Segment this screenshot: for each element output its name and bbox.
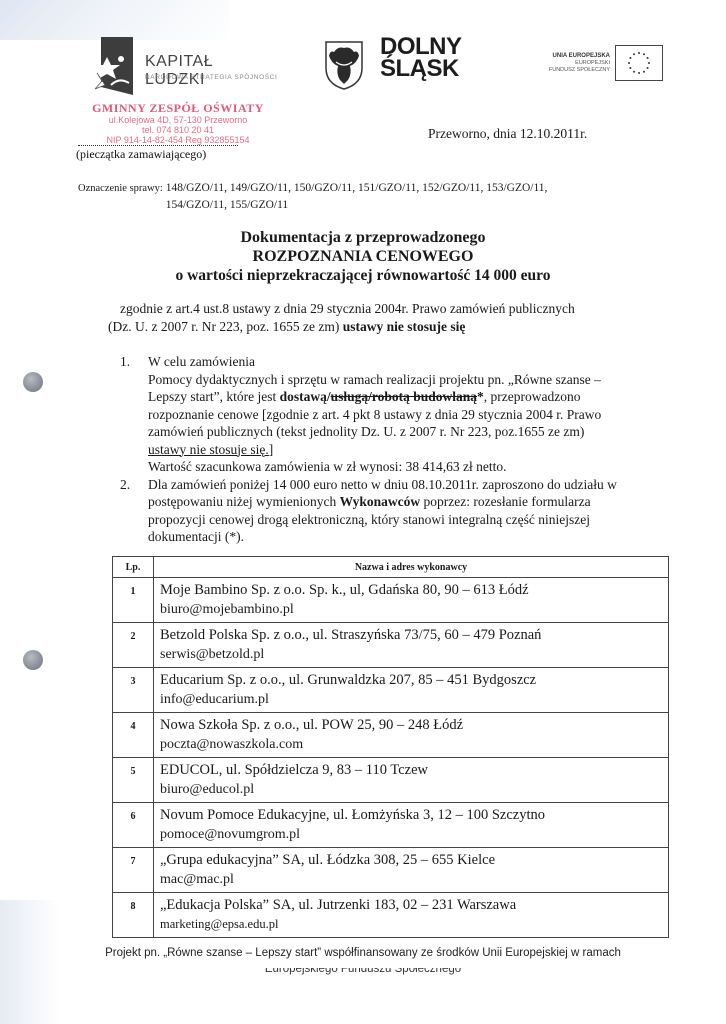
contractor-cell: „Edukacja Polska” SA, ul. Jutrzenki 183,… [154,893,669,938]
logo-unia-europejska: UNIA EUROPEJSKA EUROPEJSKI FUNDUSZ SPOŁE… [525,43,665,83]
contractors-table: Lp. Nazwa i adres wykonawcy 1 Moje Bambi… [112,556,669,938]
case-codes-line2: 154/GZO/11, 155/GZO/11 [166,199,288,211]
kapital-ludzki-star-icon [93,37,133,95]
point-2-contractors: Wykonawców [340,494,421,509]
footer-funding-note: Projekt pn. „Równe szanse – Lepszy start… [0,947,726,959]
point-2-line-c: propozycji cenowej drogą elektroniczną, … [148,511,680,529]
contractor-cell: Betzold Polska Sp. z o.o., ul. Straszyńs… [154,623,669,668]
contractor-cell: Novum Pomoce Edukacyjne, ul. Łomżyńska 3… [154,803,669,848]
contractor-email: biuro@mojebambino.pl [160,600,668,619]
row-number: 7 [113,848,154,893]
point-2: 2. Dla zamówień poniżej 14 000 euro nett… [120,476,680,546]
contractor-email: biuro@educol.pl [160,780,668,799]
point-1-line-d: zamówień publicznych (tekst jednolity Dz… [148,423,680,441]
row-number: 3 [113,668,154,713]
row-number: 5 [113,758,154,803]
document-title: Dokumentacja z przeprowadzonego ROZPOZNA… [0,228,726,285]
title-line3: o wartości nieprzekraczającej równowarto… [0,266,726,285]
point-1-type-struck: usługą/robotą budowlaną [331,389,477,404]
contractor-email: poczta@nowaszkola.com [160,735,668,754]
column-header-lp: Lp. [113,557,154,578]
contractor-name-address: Educarium Sp. z o.o., ul. Grunwaldzka 20… [160,671,668,690]
place-date: Przeworno, dnia 12.10.2011r. [428,126,587,142]
kapital-ludzki-subtitle: NARODOWA STRATEGIA SPÓJNOŚCI [145,74,277,81]
case-reference-codes: 148/GZO/11, 149/GZO/11, 150/GZO/11, 151/… [166,180,666,214]
contractor-email: mac@mac.pl [160,870,668,889]
institution-stamp: GMINNY ZESPÓŁ OŚWIATY ul.Kolejowa 4D, 57… [78,102,278,145]
row-number: 8 [113,893,154,938]
table-row: 8 „Edukacja Polska” SA, ul. Jutrzenki 18… [113,893,669,938]
estimated-value: Wartość szacunkowa zamówienia w zł wynos… [148,458,680,476]
table-row: 1 Moje Bambino Sp. z o.o. Sp. k., ul, Gd… [113,578,669,623]
point-1-line-a: Pomocy dydaktycznych i sprzętu w ramach … [148,371,680,389]
point-1-text: Lepszy start”, które jest [148,389,280,404]
point-1-text: , przeprowadzono [484,389,581,404]
ue-line1: UNIA EUROPEJSKA [549,53,610,60]
kapital-ludzki-title: KAPITAŁ LUDZKI [145,53,273,89]
footer-funding-note-cut: Europejskiego Funduszu Społecznego [0,968,726,976]
legal-basis-exemption: ustawy nie stosuje się [343,319,466,334]
row-number: 1 [113,578,154,623]
stamp-caption: (pieczątka zamawiającego) [76,147,206,162]
legal-basis: zgodnie z art.4 ust.8 ustawy z dnia 29 s… [120,300,700,336]
point-1: 1. W celu zamówienia Pomocy dydaktycznyc… [120,353,680,476]
logo-kapital-ludzki: KAPITAŁ LUDZKI NARODOWA STRATEGIA SPÓJNO… [93,37,273,97]
contractor-cell: Nowa Szkoła Sp. z o.o., ul. POW 25, 90 –… [154,713,669,758]
scan-artifact-edge [0,900,60,1024]
column-header-contractor: Nazwa i adres wykonawcy [154,557,669,578]
case-reference: Oznaczenie sprawy: 148/GZO/11, 149/GZO/1… [78,180,678,214]
point-2-text: postępowaniu niżej wymienionych [148,494,340,509]
stamp-address: ul.Kolejowa 4D, 57-130 Przeworno [78,115,278,125]
contractor-cell: Educarium Sp. z o.o., ul. Grunwaldzka 20… [154,668,669,713]
point-2-line-a: Dla zamówień poniżej 14 000 euro netto w… [148,476,680,494]
table-row: 3 Educarium Sp. z o.o., ul. Grunwaldzka … [113,668,669,713]
point-1-intro: W celu zamówienia [148,353,680,371]
table-row: 4 Nowa Szkoła Sp. z o.o., ul. POW 25, 90… [113,713,669,758]
contractor-name-address: Betzold Polska Sp. z o.o., ul. Straszyńs… [160,626,668,645]
logo-dolny-slask: DOLNY ŚLĄSK [324,38,484,98]
table-row: 7 „Grupa edukacyjna” SA, ul. Łódzka 308,… [113,848,669,893]
table-row: 5 EDUCOL, ul. Spółdzielcza 9, 83 – 110 T… [113,758,669,803]
punch-hole-icon [23,650,43,670]
ue-line3: FUNDUSZ SPOŁECZNY [549,67,610,74]
point-1-type-selected: dostawą/ [280,389,331,404]
contractor-email: marketing@epsa.edu.pl [160,915,668,934]
legal-basis-line2: (Dz. U. z 2007 r. Nr 223, poz. 1655 ze z… [108,318,700,336]
title-line1: Dokumentacja z przeprowadzonego [0,228,726,247]
stamp-phone: tel. 074 810 20 41 [78,125,278,135]
punch-hole-icon [23,372,43,392]
contractor-email: serwis@betzold.pl [160,645,668,664]
slask-text: ŚLĄSK [380,58,462,80]
contractor-cell: EDUCOL, ul. Spółdzielcza 9, 83 – 110 Tcz… [154,758,669,803]
stamp-ids: NIP 914-14-82-454 Reg 932855154 [78,135,278,145]
row-number: 2 [113,623,154,668]
legal-basis-ref: (Dz. U. z 2007 r. Nr 223, poz. 1655 ze z… [108,319,343,334]
table-row: 2 Betzold Polska Sp. z o.o., ul. Straszy… [113,623,669,668]
contractor-name-address: Nowa Szkoła Sp. z o.o., ul. POW 25, 90 –… [160,716,668,735]
table-header-row: Lp. Nazwa i adres wykonawcy [113,557,669,578]
point-2-text: poprzez: rozesłanie formularza [420,494,591,509]
table-row: 6 Novum Pomoce Edukacyjne, ul. Łomżyńska… [113,803,669,848]
point-1-asterisk: * [477,389,484,404]
ue-text: UNIA EUROPEJSKA EUROPEJSKI FUNDUSZ SPOŁE… [549,53,610,74]
contractor-name-address: Moje Bambino Sp. z o.o. Sp. k., ul, Gdań… [160,581,668,600]
stamp-name: GMINNY ZESPÓŁ OŚWIATY [78,102,278,115]
point-1-line-e: ustawy nie stosuje się.] [148,441,680,459]
point-number: 1. [120,353,130,371]
case-codes-line1: 148/GZO/11, 149/GZO/11, 150/GZO/11, 151/… [166,182,548,194]
dolny-slask-wordmark: DOLNY ŚLĄSK [380,36,462,80]
contractor-name-address: „Grupa edukacyjna” SA, ul. Łódzka 308, 2… [160,851,668,870]
legal-basis-line1: zgodnie z art.4 ust.8 ustawy z dnia 29 s… [120,300,700,318]
contractor-email: pomoce@novumgrom.pl [160,825,668,844]
eagle-coat-of-arms-icon [324,40,364,90]
contractor-name-address: EDUCOL, ul. Spółdzielcza 9, 83 – 110 Tcz… [160,761,668,780]
contractor-cell: Moje Bambino Sp. z o.o. Sp. k., ul, Gdań… [154,578,669,623]
point-2-line-d: dokumentacji (*). [148,528,680,546]
point-1-line-c: rozpoznanie cenowe [zgodnie z art. 4 pkt… [148,406,680,424]
ue-line2: EUROPEJSKI [549,60,610,67]
footer-line2: Europejskiego Funduszu Społecznego [265,968,461,975]
case-reference-label: Oznaczenie sprawy: [78,183,163,194]
point-1-line-b: Lepszy start”, które jest dostawą/usługą… [148,388,680,406]
contractor-name-address: „Edukacja Polska” SA, ul. Jutrzenki 183,… [160,896,668,915]
contractor-name-address: Novum Pomoce Edukacyjne, ul. Łomżyńska 3… [160,806,668,825]
row-number: 6 [113,803,154,848]
point-2-line-b: postępowaniu niżej wymienionych Wykonawc… [148,493,680,511]
eu-flag-stars-icon [615,45,663,81]
stamp-dotted-line [78,145,238,146]
row-number: 4 [113,713,154,758]
point-number: 2. [120,476,130,494]
numbered-points: 1. W celu zamówienia Pomocy dydaktycznyc… [120,353,680,546]
contractor-cell: „Grupa edukacyjna” SA, ul. Łódzka 308, 2… [154,848,669,893]
title-line2: ROZPOZNANIA CENOWEGO [0,247,726,266]
contractor-email: info@educarium.pl [160,690,668,709]
scan-artifact-corner [0,0,230,40]
